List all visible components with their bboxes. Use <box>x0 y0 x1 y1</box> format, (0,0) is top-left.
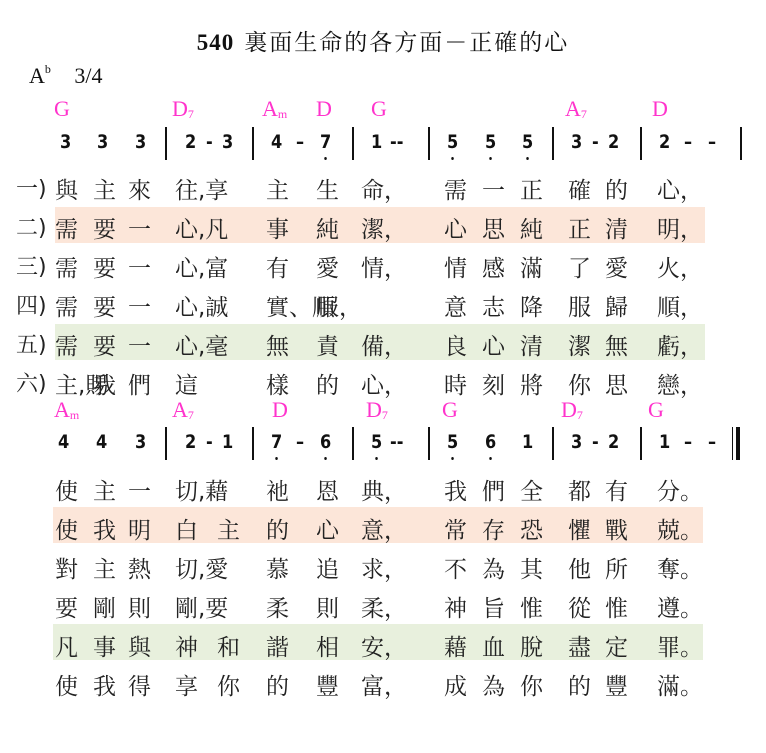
lyric-syllable: 切,藉 <box>175 473 228 506</box>
lyric-syllable: 神 <box>444 590 467 623</box>
chord-label: A7 <box>565 96 587 122</box>
lyric-line-verse-1: 一)與主來往,享主生命，需一正確的心， <box>0 168 766 204</box>
lyric-syllable: 潔 <box>568 328 591 361</box>
hold-dash: - <box>592 131 599 153</box>
lyric-syllable: 其 <box>520 551 543 584</box>
note-number: 5 <box>447 131 458 153</box>
lyric-syllable: 無 <box>266 328 289 361</box>
chord-root: D <box>316 96 332 121</box>
lyric-syllable: 則 <box>316 590 339 623</box>
bar-line <box>165 427 167 460</box>
chord-quality: 7 <box>577 408 583 422</box>
lyric-syllable: 事 <box>266 211 289 244</box>
hold-dash: - <box>206 131 213 153</box>
lyric-syllable: 我 <box>93 512 116 545</box>
bar-line <box>428 127 430 160</box>
lyric-syllable: 定 <box>605 629 628 662</box>
note-number: 3 <box>97 131 108 153</box>
lyric-syllable: 不 <box>444 551 467 584</box>
hold-dash: – <box>296 431 304 453</box>
lyric-line-verse-4: 四)需要一心,誠實、順服，意志降服歸順， <box>0 285 766 321</box>
note-number: 1 <box>522 431 533 453</box>
lyric-syllable: 樣 <box>266 367 289 400</box>
lyric-syllable: 一 <box>482 172 505 205</box>
lyric-syllable: 要 <box>93 328 116 361</box>
lyric-syllable: 剛 <box>93 590 116 623</box>
bar-line <box>552 127 554 160</box>
lyric-syllable: 旨 <box>482 590 505 623</box>
note-number: 2 <box>185 131 196 153</box>
bar-line <box>352 127 354 160</box>
lyric-syllable: 主 <box>93 551 116 584</box>
lyric-syllable: 命， <box>361 172 407 205</box>
chord-label: D <box>652 96 668 122</box>
lyric-syllable: 存 <box>482 512 505 545</box>
hold-dash: - <box>206 431 213 453</box>
lyric-syllable: 歸 <box>605 289 628 322</box>
lyric-syllable: 主 <box>217 512 240 545</box>
lyric-syllable: 從 <box>568 590 591 623</box>
bar-line <box>352 427 354 460</box>
lyric-line-verse-2: 二)需要一心,凡事純潔，心思純正清明， <box>0 207 766 243</box>
lyric-syllable: 滿。 <box>657 668 703 701</box>
lyric-line-verse-4: 要剛則剛,要柔則柔，神旨惟從惟遵。 <box>0 586 766 622</box>
lyric-syllable: 意， <box>361 512 407 545</box>
lyric-syllable: 這 <box>175 367 198 400</box>
hold-dash: – <box>684 431 692 453</box>
note-number: 2 <box>185 431 196 453</box>
chord-root: A <box>172 397 188 422</box>
lyric-syllable: 你 <box>217 668 240 701</box>
note-number: 1 <box>222 431 233 453</box>
bar-line <box>740 127 742 160</box>
lyric-syllable: 感 <box>482 250 505 283</box>
chord-quality: 7 <box>188 408 194 422</box>
lyric-syllable: 盡 <box>568 629 591 662</box>
lyric-syllable: 你 <box>568 367 591 400</box>
lyric-syllable: 要 <box>93 211 116 244</box>
lyric-syllable: 時 <box>444 367 467 400</box>
final-bar-thick <box>736 427 740 460</box>
lyric-syllable: 情， <box>361 250 407 283</box>
note-number: 3 <box>222 131 233 153</box>
lyric-syllable: 服 <box>568 289 591 322</box>
chord-root: D <box>366 397 382 422</box>
lyric-syllable: 都 <box>568 473 591 506</box>
final-bar-thin <box>732 427 733 460</box>
lyric-syllable: 富， <box>361 668 407 701</box>
lyric-syllable: 惟 <box>520 590 543 623</box>
chord-quality: 7 <box>188 107 194 121</box>
lyric-syllable: 罪。 <box>657 629 703 662</box>
lyric-syllable: 血 <box>482 629 505 662</box>
lyric-syllable: 主 <box>266 172 289 205</box>
lyric-syllable: 有 <box>266 250 289 283</box>
note-number: 5 <box>447 431 458 453</box>
lyric-syllable: 為 <box>482 668 505 701</box>
lyric-syllable: 主 <box>93 172 116 205</box>
lyric-syllable: 要 <box>93 289 116 322</box>
bar-line <box>252 127 254 160</box>
chord-quality: m <box>70 408 79 422</box>
lyric-line-verse-3: 對主熱切,愛慕追求，不為其他所奪。 <box>0 547 766 583</box>
lyric-syllable: 安， <box>361 629 407 662</box>
note-number: 3 <box>135 431 146 453</box>
bar-line <box>640 127 642 160</box>
lyric-syllable: 切,愛 <box>175 551 228 584</box>
chord-label: Am <box>262 96 287 122</box>
chord-quality: 7 <box>581 107 587 121</box>
key-signature: Ab 3/4 <box>29 62 103 89</box>
lyric-syllable: 志 <box>482 289 505 322</box>
chord-label: D <box>316 96 332 122</box>
lyric-syllable: 所 <box>605 551 628 584</box>
note-number: 4 <box>96 431 107 453</box>
chord-root: D <box>272 397 288 422</box>
lyric-syllable: 剛,要 <box>175 590 228 623</box>
lyric-syllable: 愛 <box>316 250 339 283</box>
lyric-syllable: 情 <box>444 250 467 283</box>
hymn-name: 裏面生命的各方面－正確的心 <box>244 30 569 56</box>
chord-root: G <box>648 397 664 422</box>
lyric-syllable: 全 <box>520 473 543 506</box>
lyric-syllable: 兢。 <box>657 512 703 545</box>
lyric-syllable: 思 <box>605 367 628 400</box>
lyric-syllable: 藉 <box>444 629 467 662</box>
lyric-syllable: 火， <box>657 250 703 283</box>
chord-root: A <box>565 96 581 121</box>
lyric-syllable: 一 <box>128 211 151 244</box>
lyric-syllable: 明， <box>657 211 703 244</box>
lyric-syllable: 的 <box>266 512 289 545</box>
lyric-syllable: 祂 <box>266 473 289 506</box>
lyric-syllable: 清 <box>520 328 543 361</box>
hold-dash: -- <box>390 131 403 153</box>
lyric-syllable: 心， <box>361 367 407 400</box>
chord-label: D7 <box>366 397 388 423</box>
lyric-syllable: 脫 <box>520 629 543 662</box>
time-signature: 3/4 <box>74 63 102 88</box>
chord-quality: 7 <box>382 408 388 422</box>
note-number: 3 <box>571 431 582 453</box>
note-number: 5 <box>371 431 382 453</box>
lyric-syllable: 主 <box>93 473 116 506</box>
lyric-syllable: 諧 <box>266 629 289 662</box>
lyric-syllable: 典， <box>361 473 407 506</box>
lyric-syllable: 豐 <box>605 668 628 701</box>
lyric-syllable: 一 <box>128 250 151 283</box>
key-letter: A <box>29 63 45 88</box>
lyric-line-verse-6: 使我得享你的豐富，成為你的豐滿。 <box>0 664 766 700</box>
lyric-syllable: 豐 <box>316 668 339 701</box>
lyric-syllable: 白 <box>175 512 198 545</box>
chord-label: G <box>54 96 70 122</box>
lyric-syllable: 心 <box>444 211 467 244</box>
lyric-syllable: 潔， <box>361 211 407 244</box>
lyric-syllable: 心,誠 <box>175 289 228 322</box>
hold-dash: – <box>296 131 304 153</box>
verse-number: 二) <box>16 211 47 242</box>
lyric-syllable: 神 <box>175 629 198 662</box>
lyric-syllable: 得 <box>128 668 151 701</box>
chord-quality: m <box>278 107 287 121</box>
key-accidental: b <box>45 62 51 76</box>
lyric-syllable: 我 <box>444 473 467 506</box>
lyric-syllable: 他 <box>568 551 591 584</box>
lyric-line-verse-3: 三)需要一心,富有愛情，情感滿了愛火， <box>0 246 766 282</box>
lyric-syllable: 純 <box>520 211 543 244</box>
lyric-syllable: 凡 <box>55 629 78 662</box>
lyric-syllable: 柔， <box>361 590 407 623</box>
lyric-line-verse-6: 六)主,賜我們這樣的心，時刻將你思戀， <box>0 363 766 399</box>
lyric-syllable: 事 <box>93 629 116 662</box>
lyric-syllable: 確 <box>568 172 591 205</box>
lyric-syllable: 求， <box>361 551 407 584</box>
note-number: 3 <box>60 131 71 153</box>
bar-line <box>165 127 167 160</box>
lyric-syllable: 心,富 <box>175 250 228 283</box>
lyric-syllable: 要 <box>93 250 116 283</box>
lyric-syllable: 無 <box>605 328 628 361</box>
chord-label: D7 <box>561 397 583 423</box>
verse-number: 四) <box>16 289 47 320</box>
verse-number: 一) <box>16 172 47 203</box>
chord-root: D <box>561 397 577 422</box>
lyric-syllable: 純 <box>316 211 339 244</box>
lyric-syllable: 我 <box>93 367 116 400</box>
lyric-syllable: 一 <box>128 328 151 361</box>
chord-label: D <box>272 397 288 423</box>
verse-number: 六) <box>16 367 47 398</box>
note-number: 4 <box>58 431 69 453</box>
note-number: 2 <box>608 131 619 153</box>
note-number: 6 <box>320 431 331 453</box>
chord-label: G <box>371 96 387 122</box>
lyric-syllable: 與 <box>55 172 78 205</box>
chord-label: Am <box>54 397 79 423</box>
lyric-syllable: 對 <box>55 551 78 584</box>
lyric-syllable: 戰 <box>605 512 628 545</box>
lyric-syllable: 思 <box>482 211 505 244</box>
hold-dash: – <box>708 131 716 153</box>
lyric-syllable: 使 <box>55 668 78 701</box>
hold-dash: -- <box>390 431 403 453</box>
bar-line <box>552 427 554 460</box>
chord-label: D7 <box>172 96 194 122</box>
lyric-syllable: 的 <box>568 668 591 701</box>
chord-root: G <box>371 96 387 121</box>
lyric-syllable: 順， <box>657 289 703 322</box>
lyric-syllable: 來 <box>128 172 151 205</box>
note-number: 7 <box>271 431 282 453</box>
lyric-syllable: 需 <box>55 250 78 283</box>
lyric-syllable: 享 <box>175 668 198 701</box>
chord-root: A <box>262 96 278 121</box>
verse-number: 五) <box>16 328 47 359</box>
lyric-syllable: 要 <box>55 590 78 623</box>
lyric-syllable: 一 <box>128 289 151 322</box>
lyric-syllable: 們 <box>482 473 505 506</box>
lyric-syllable: 生 <box>316 172 339 205</box>
notation-line-2: 4432-17–65--5613-21–– <box>0 427 766 461</box>
lyric-syllable: 心 <box>482 328 505 361</box>
lyric-syllable: 服， <box>316 289 362 322</box>
lyric-syllable: 使 <box>55 473 78 506</box>
lyric-syllable: 滿 <box>520 250 543 283</box>
chord-root: D <box>652 96 668 121</box>
note-number: 4 <box>271 131 282 153</box>
verse-number: 三) <box>16 250 47 281</box>
lyric-syllable: 意 <box>444 289 467 322</box>
lyric-syllable: 你 <box>520 668 543 701</box>
note-number: 2 <box>659 131 670 153</box>
lyric-syllable: 恐 <box>520 512 543 545</box>
chord-root: A <box>54 397 70 422</box>
lyric-line-verse-5: 五)需要一心,毫無責備，良心清潔無虧， <box>0 324 766 360</box>
chord-root: G <box>442 397 458 422</box>
lyric-syllable: 了 <box>568 250 591 283</box>
note-number: 3 <box>135 131 146 153</box>
lyric-syllable: 常 <box>444 512 467 545</box>
lyric-syllable: 惟 <box>605 590 628 623</box>
lyric-syllable: 明 <box>128 512 151 545</box>
lyric-syllable: 的 <box>266 668 289 701</box>
chord-label: G <box>442 397 458 423</box>
lyric-syllable: 清 <box>605 211 628 244</box>
lyric-syllable: 慕 <box>266 551 289 584</box>
chord-label: A7 <box>172 397 194 423</box>
lyric-syllable: 們 <box>128 367 151 400</box>
lyric-syllable: 需 <box>444 172 467 205</box>
chord-root: D <box>172 96 188 121</box>
note-number: 2 <box>608 431 619 453</box>
lyric-syllable: 心,毫 <box>175 328 228 361</box>
lyric-syllable: 與 <box>128 629 151 662</box>
bar-line <box>428 427 430 460</box>
note-number: 6 <box>485 431 496 453</box>
lyric-syllable: 正 <box>568 211 591 244</box>
lyric-syllable: 心， <box>657 172 703 205</box>
lyric-syllable: 心,凡 <box>175 211 228 244</box>
lyric-syllable: 良 <box>444 328 467 361</box>
lyric-syllable: 備， <box>361 328 407 361</box>
lyric-syllable: 恩 <box>316 473 339 506</box>
lyric-line-verse-5: 凡事與神和諧相安，藉血脫盡定罪。 <box>0 625 766 661</box>
bar-line <box>640 427 642 460</box>
lyric-syllable: 虧， <box>657 328 703 361</box>
lyric-syllable: 需 <box>55 289 78 322</box>
lyric-syllable: 則 <box>128 590 151 623</box>
note-number: 5 <box>522 131 533 153</box>
lyric-line-verse-1: 使主一切,藉祂恩典，我們全都有分。 <box>0 469 766 505</box>
lyric-syllable: 有 <box>605 473 628 506</box>
lyric-syllable: 的 <box>316 367 339 400</box>
lyric-syllable: 奪。 <box>657 551 703 584</box>
lyric-syllable: 心 <box>316 512 339 545</box>
lyric-syllable: 使 <box>55 512 78 545</box>
lyric-syllable: 分。 <box>657 473 703 506</box>
note-number: 3 <box>571 131 582 153</box>
hymn-title: 540裏面生命的各方面－正確的心 <box>0 24 766 57</box>
lyric-syllable: 刻 <box>482 367 505 400</box>
note-number: 1 <box>371 131 382 153</box>
lyric-syllable: 將 <box>520 367 543 400</box>
note-number: 7 <box>320 131 331 153</box>
lyric-syllable: 相 <box>316 629 339 662</box>
hymn-number: 540 <box>197 30 235 55</box>
chord-label: G <box>648 397 664 423</box>
lyric-syllable: 需 <box>55 328 78 361</box>
hold-dash: – <box>708 431 716 453</box>
note-number: 1 <box>659 431 670 453</box>
lyric-syllable: 追 <box>316 551 339 584</box>
notation-line-1: 3332-34–71--5553-22–– <box>0 127 766 161</box>
lyric-syllable: 正 <box>520 172 543 205</box>
lyric-syllable: 懼 <box>568 512 591 545</box>
note-number: 5 <box>485 131 496 153</box>
lyric-syllable: 責 <box>316 328 339 361</box>
lyric-syllable: 戀， <box>657 367 703 400</box>
lyric-syllable: 愛 <box>605 250 628 283</box>
hold-dash: - <box>592 431 599 453</box>
lyric-syllable: 需 <box>55 211 78 244</box>
hold-dash: – <box>684 131 692 153</box>
lyric-line-verse-2: 使我明白主的心意，常存恐懼戰兢。 <box>0 508 766 544</box>
lyric-syllable: 往,享 <box>175 172 228 205</box>
lyric-syllable: 一 <box>128 473 151 506</box>
lyric-syllable: 的 <box>605 172 628 205</box>
lyric-syllable: 遵。 <box>657 590 703 623</box>
lyric-syllable: 為 <box>482 551 505 584</box>
lyric-syllable: 熱 <box>128 551 151 584</box>
chord-root: G <box>54 96 70 121</box>
lyric-syllable: 和 <box>217 629 240 662</box>
lyric-syllable: 柔 <box>266 590 289 623</box>
lyric-syllable: 成 <box>444 668 467 701</box>
bar-line <box>252 427 254 460</box>
lyric-syllable: 降 <box>520 289 543 322</box>
lyric-syllable: 我 <box>93 668 116 701</box>
